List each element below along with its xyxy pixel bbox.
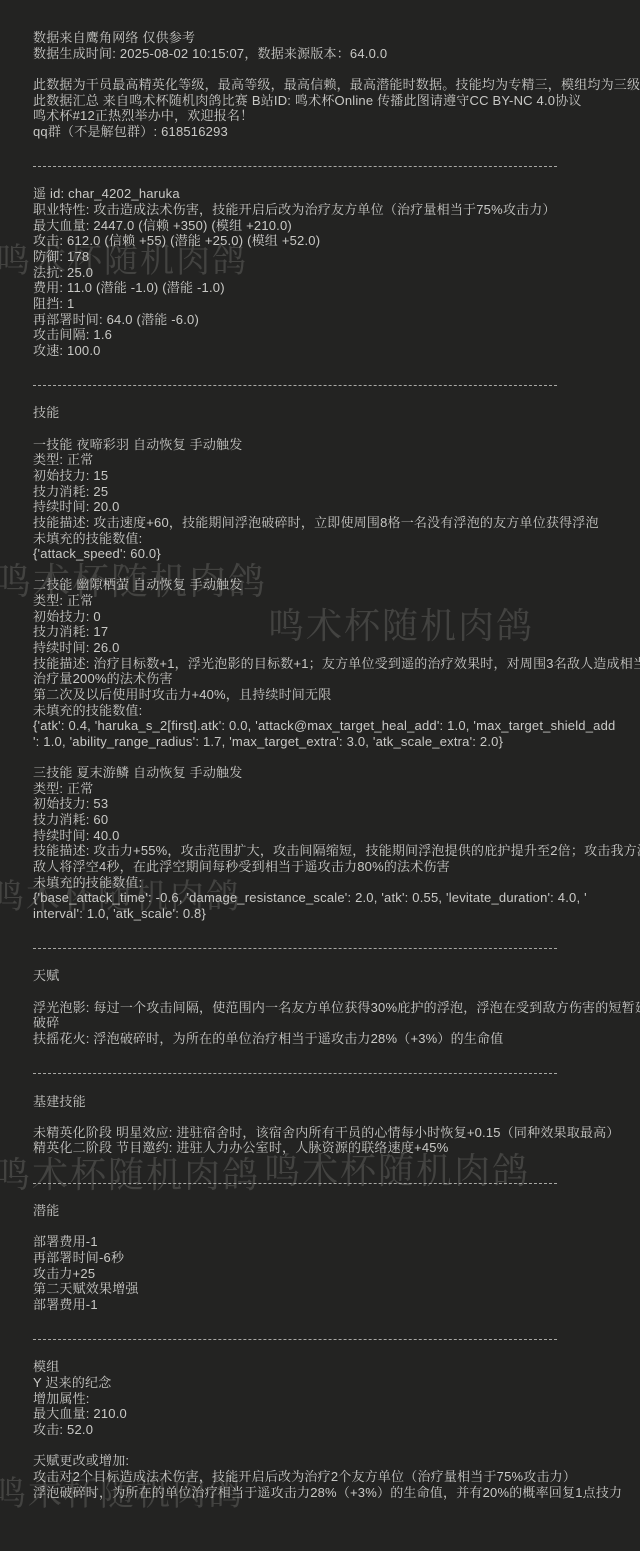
text-line: 三技能 夏末游鳞 自动恢复 手动触发 <box>33 765 633 781</box>
text-line: 二技能 幽隙栖萤 自动恢复 手动触发 <box>33 577 633 593</box>
separator-row <box>33 1328 633 1344</box>
separator-line <box>33 1330 557 1340</box>
text-line: 持续时间: 26.0 <box>33 640 633 656</box>
separator-row <box>33 374 633 390</box>
separator-line <box>33 939 557 949</box>
text-line: 法抗: 25.0 <box>33 265 633 281</box>
text-line: 攻速: 100.0 <box>33 343 633 359</box>
blank-line <box>33 390 633 406</box>
text-line: 第二次及以后使用时攻击力+40%，且持续时间无限 <box>33 687 633 703</box>
text-line: 数据来自鹰角网络 仅供参考 <box>33 30 633 46</box>
blank-line <box>33 1219 633 1235</box>
text-line: 最大血量: 2447.0 (信赖 +350) (模组 +210.0) <box>33 218 633 234</box>
separator-row <box>33 937 633 953</box>
blank-line <box>33 749 633 765</box>
text-line: 攻击: 612.0 (信赖 +55) (潜能 +25.0) (模组 +52.0) <box>33 233 633 249</box>
blank-line <box>33 1344 633 1360</box>
text-line: 浮泡破碎时，为所在的单位治疗相当于遥攻击力28%（+3%）的生命值，并有20%的… <box>33 1485 633 1501</box>
blank-line <box>33 1078 633 1094</box>
text-line: 攻击间隔: 1.6 <box>33 327 633 343</box>
blank-line <box>33 953 633 969</box>
text-line: 攻击对2个目标造成法术伤害，技能开启后改为治疗2个友方单位（治疗量相当于75%攻… <box>33 1469 633 1485</box>
blank-line <box>33 1047 633 1063</box>
text-line: 破碎 <box>33 1015 633 1031</box>
section-stats: 遥 id: char_4202_haruka职业特性: 攻击造成法术伤害，技能开… <box>33 186 633 405</box>
text-line: 费用: 11.0 (潜能 -1.0) (潜能 -1.0) <box>33 280 633 296</box>
blank-line <box>33 171 633 187</box>
text-line: {'atk': 0.4, 'haruka_s_2[first].atk': 0.… <box>33 718 633 734</box>
text-line: 此数据为干员最高精英化等级，最高等级，最高信赖，最高潜能时数据。技能均为专精三，… <box>33 77 633 93</box>
text-line: 类型: 正常 <box>33 593 633 609</box>
separator-row <box>33 1062 633 1078</box>
blank-line <box>33 1109 633 1125</box>
screenshot-root: { "meta": { "background_color": "#232322… <box>0 0 640 1551</box>
text-line: 攻击力+25 <box>33 1266 633 1282</box>
blank-line <box>33 1313 633 1329</box>
blank-line <box>33 139 633 155</box>
text-line: 防御: 178 <box>33 249 633 265</box>
text-line: 技力消耗: 25 <box>33 484 633 500</box>
text-line: 再部署时间: 64.0 (潜能 -6.0) <box>33 312 633 328</box>
blank-line <box>33 61 633 77</box>
blank-line <box>33 984 633 1000</box>
text-line: 最大血量: 210.0 <box>33 1406 633 1422</box>
text-line: 治疗量200%的法术伤害 <box>33 671 633 687</box>
text-line: 技能描述: 攻击力+55%，攻击范围扩大，攻击间隔缩短，技能期间浮泡提供的庇护提… <box>33 843 633 859</box>
section-module: 模组Y 迟来的纪念增加属性:最大血量: 210.0攻击: 52.0天赋更改或增加… <box>33 1359 633 1500</box>
text-line: qq群（不是解包群）: 618516293 <box>33 124 633 140</box>
section-base-skills: 基建技能未精英化阶段 明星效应: 进驻宿舍时，该宿舍内所有干员的心情每小时恢复+… <box>33 1094 633 1203</box>
text-line: 此数据汇总 来自鸣术杯随机肉鸽比赛 B站ID: 鸣术杯Online 传播此图请遵… <box>33 93 633 109</box>
blank-line <box>33 1156 633 1172</box>
separator-row <box>33 155 633 171</box>
separator-line <box>33 376 557 386</box>
text-line: 一技能 夜啼彩羽 自动恢复 手动触发 <box>33 437 633 453</box>
text-line: 职业特性: 攻击造成法术伤害，技能开启后改为治疗友方单位（治疗量相当于75%攻击… <box>33 202 633 218</box>
text-line: 模组 <box>33 1359 633 1375</box>
text-line: {'base_attack_time': -0.6, 'damage_resis… <box>33 890 633 906</box>
text-line: 初始技力: 53 <box>33 796 633 812</box>
text-line: 类型: 正常 <box>33 781 633 797</box>
section-notice: 数据来自鹰角网络 仅供参考数据生成时间: 2025-08-02 10:15:07… <box>33 30 633 186</box>
text-line: 鸣术杯#12正热烈举办中，欢迎报名！ <box>33 108 633 124</box>
text-line: 未精英化阶段 明星效应: 进驻宿舍时，该宿舍内所有干员的心情每小时恢复+0.15… <box>33 1125 633 1141</box>
text-line: 数据生成时间: 2025-08-02 10:15:07，数据来源版本：64.0.… <box>33 46 633 62</box>
separator-row <box>33 1172 633 1188</box>
separator-line <box>33 1174 557 1184</box>
text-line: 持续时间: 40.0 <box>33 828 633 844</box>
blank-line <box>33 1438 633 1454</box>
text-line: 遥 id: char_4202_haruka <box>33 186 633 202</box>
text-line: Y 迟来的纪念 <box>33 1375 633 1391</box>
text-line: 类型: 正常 <box>33 452 633 468</box>
separator-line <box>33 1064 557 1074</box>
text-line: 浮光泡影: 每过一个攻击间隔，使范围内一名友方单位获得30%庇护的浮泡，浮泡在受… <box>33 1000 633 1016</box>
text-line: 未填充的技能数值: <box>33 531 633 547</box>
text-line: 部署费用-1 <box>33 1234 633 1250</box>
text-line: ': 1.0, 'ability_range_radius': 1.7, 'ma… <box>33 734 633 750</box>
text-line: 第二天赋效果增强 <box>33 1281 633 1297</box>
text-line: 天赋更改或增加: <box>33 1453 633 1469</box>
text-line: 技能描述: 治疗目标数+1，浮光泡影的目标数+1；友方单位受到遥的治疗效果时，对… <box>33 656 633 672</box>
text-line: 敌人将浮空4秒，在此浮空期间每秒受到相当于遥攻击力80%的法术伤害 <box>33 859 633 875</box>
text-line: 技力消耗: 60 <box>33 812 633 828</box>
separator-line <box>33 157 557 167</box>
text-line: 初始技力: 0 <box>33 609 633 625</box>
text-line: 再部署时间-6秒 <box>33 1250 633 1266</box>
text-line: 天赋 <box>33 968 633 984</box>
text-line: 初始技力: 15 <box>33 468 633 484</box>
text-line: 技能描述: 攻击速度+60，技能期间浮泡破碎时，立即使周围8格一名没有浮泡的友方… <box>33 515 633 531</box>
section-potential: 潜能部署费用-1再部署时间-6秒攻击力+25第二天赋效果增强部署费用-1 <box>33 1203 633 1359</box>
text-line: 技力消耗: 17 <box>33 624 633 640</box>
text-line: 部署费用-1 <box>33 1297 633 1313</box>
text-line: 扶摇花火: 浮泡破碎时，为所在的单位治疗相当于遥攻击力28%（+3%）的生命值 <box>33 1031 633 1047</box>
blank-line <box>33 1187 633 1203</box>
blank-line <box>33 922 633 938</box>
text-line: 基建技能 <box>33 1094 633 1110</box>
text-line: {'attack_speed': 60.0} <box>33 546 633 562</box>
blank-line <box>33 562 633 578</box>
document: 数据来自鹰角网络 仅供参考数据生成时间: 2025-08-02 10:15:07… <box>33 30 633 1500</box>
text-line: 技能 <box>33 405 633 421</box>
text-line: 未填充的技能数值: <box>33 875 633 891</box>
text-line: 精英化二阶段 节目邀约: 进驻人力办公室时，人脉资源的联络速度+45% <box>33 1140 633 1156</box>
text-line: 未填充的技能数值: <box>33 703 633 719</box>
text-line: 持续时间: 20.0 <box>33 499 633 515</box>
section-talents: 天赋浮光泡影: 每过一个攻击间隔，使范围内一名友方单位获得30%庇护的浮泡，浮泡… <box>33 968 633 1093</box>
text-line: interval': 1.0, 'atk_scale': 0.8} <box>33 906 633 922</box>
blank-line <box>33 421 633 437</box>
text-line: 阻挡: 1 <box>33 296 633 312</box>
blank-line <box>33 358 633 374</box>
text-line: 潜能 <box>33 1203 633 1219</box>
text-line: 攻击: 52.0 <box>33 1422 633 1438</box>
section-skills: 技能一技能 夜啼彩羽 自动恢复 手动触发类型: 正常初始技力: 15技力消耗: … <box>33 405 633 968</box>
text-line: 增加属性: <box>33 1391 633 1407</box>
